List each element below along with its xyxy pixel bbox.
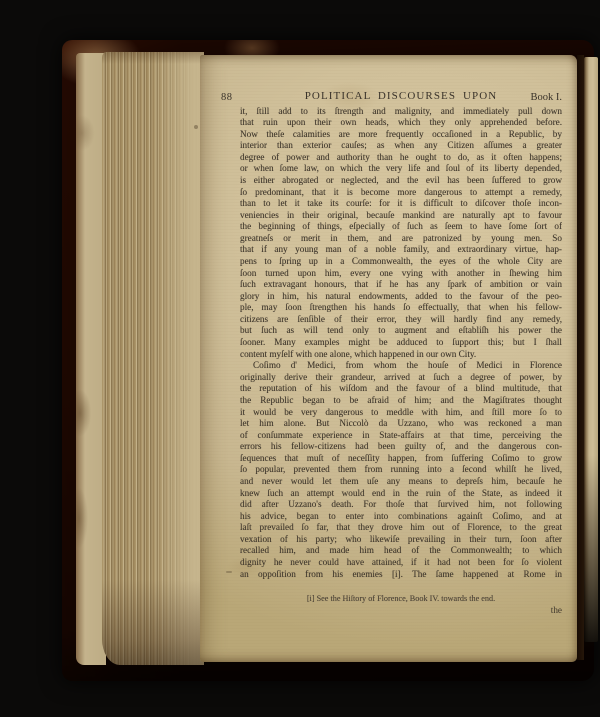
page-header: 88 POLITICAL DISCOURSES UPON Book I. xyxy=(240,90,562,104)
text-line: ſo predominant, that it is become more d… xyxy=(240,187,562,199)
text-line: vexation of his party; who likewiſe prev… xyxy=(240,534,562,546)
text-line: it would be very dangerous to meddle wit… xyxy=(240,407,562,419)
text-line: greatneſs or merit in them, and are patr… xyxy=(240,233,562,245)
text-line: originally derive their grandeur, arrive… xyxy=(240,372,562,384)
text-line: that ruin upon their own heads, which th… xyxy=(240,117,562,129)
body-text: it, ſtill add to its ſtrength and malign… xyxy=(240,106,562,581)
stacked-page-edges xyxy=(102,52,204,665)
text-line: ſequences that muſt of neceſſity happen,… xyxy=(240,453,562,465)
text-line: content myſelf with one alone, which hap… xyxy=(240,349,562,361)
text-line: is either abrogated or neglected, and th… xyxy=(240,175,562,187)
text-line: than to let it take its courſe: for it i… xyxy=(240,198,562,210)
catchword: the xyxy=(240,605,562,615)
text-line: Coſimo d' Medici, from whom the houſe of… xyxy=(240,360,562,372)
photograph-of-open-book: 88 POLITICAL DISCOURSES UPON Book I. it,… xyxy=(0,0,600,717)
text-line: ple, may ſoon ſtrengthen his hands ſo ef… xyxy=(240,302,562,314)
text-line: Now theſe calamities are more frequently… xyxy=(240,129,562,141)
page-blemish xyxy=(194,125,198,129)
text-line: knew ſuch an attempt would end in the ru… xyxy=(240,488,562,500)
text-line: did after Uzzano's death. For thoſe that… xyxy=(240,499,562,511)
text-line: an oppoſition from his enemies [i]. The … xyxy=(240,569,562,581)
footnote: [i] See the Hiſtory of Florence, Book IV… xyxy=(240,594,562,603)
text-line: veniencies in their original, becauſe ma… xyxy=(240,210,562,222)
text-line: ſuch extravagant honours, that if he has… xyxy=(240,279,562,291)
text-line: of conſummate experience in State-affair… xyxy=(240,430,562,442)
text-line: ſoon turned upon him, every one vying wi… xyxy=(240,268,562,280)
text-line: or when ſome law, on which the very life… xyxy=(240,163,562,175)
text-line: the reputation of his wiſdom and the fav… xyxy=(240,383,562,395)
text-line: ſooner. Many examples might be adduced t… xyxy=(240,337,562,349)
text-line: that if any young man of a noble family,… xyxy=(240,244,562,256)
page-number: 88 xyxy=(221,92,233,103)
text-line: recalled him, and made him head of the C… xyxy=(240,545,562,557)
page-edge-shadow xyxy=(577,55,584,660)
text-line: but ſuch as will tend only to augment an… xyxy=(240,325,562,337)
text-line: citizens are ſenſible of their error, th… xyxy=(240,314,562,326)
text-line: dignity he never could have attained, if… xyxy=(240,557,562,569)
page-blemish xyxy=(226,571,232,573)
text-line: and never would let them uſe any means t… xyxy=(240,476,562,488)
text-line: pens to ſpring up in a Commonwealth, the… xyxy=(240,256,562,268)
text-line: his advice, began to enter into combinat… xyxy=(240,511,562,523)
text-line: the beginning of things, eſpecially of ſ… xyxy=(240,221,562,233)
text-line: errors his fellow-citizens had been guil… xyxy=(240,441,562,453)
text-line: the Republic began to be afraid of him; … xyxy=(240,395,562,407)
text-line: degree of power and authority than he ou… xyxy=(240,152,562,164)
text-line: ſo popular, prevented them from running … xyxy=(240,464,562,476)
text-line: interior than exterior cauſes; as when a… xyxy=(240,140,562,152)
running-title: POLITICAL DISCOURSES UPON xyxy=(240,90,562,102)
facing-page-sliver xyxy=(584,57,598,642)
book-label: Book I. xyxy=(531,92,563,103)
text-line: it, ſtill add to its ſtrength and malign… xyxy=(240,106,562,118)
text-line: glory in him, his natural endowments, ad… xyxy=(240,291,562,303)
text-line: laſt prevailed ſo far, that they drove h… xyxy=(240,522,562,534)
text-line: let him alone. But Niccolò da Uzzano, wh… xyxy=(240,418,562,430)
